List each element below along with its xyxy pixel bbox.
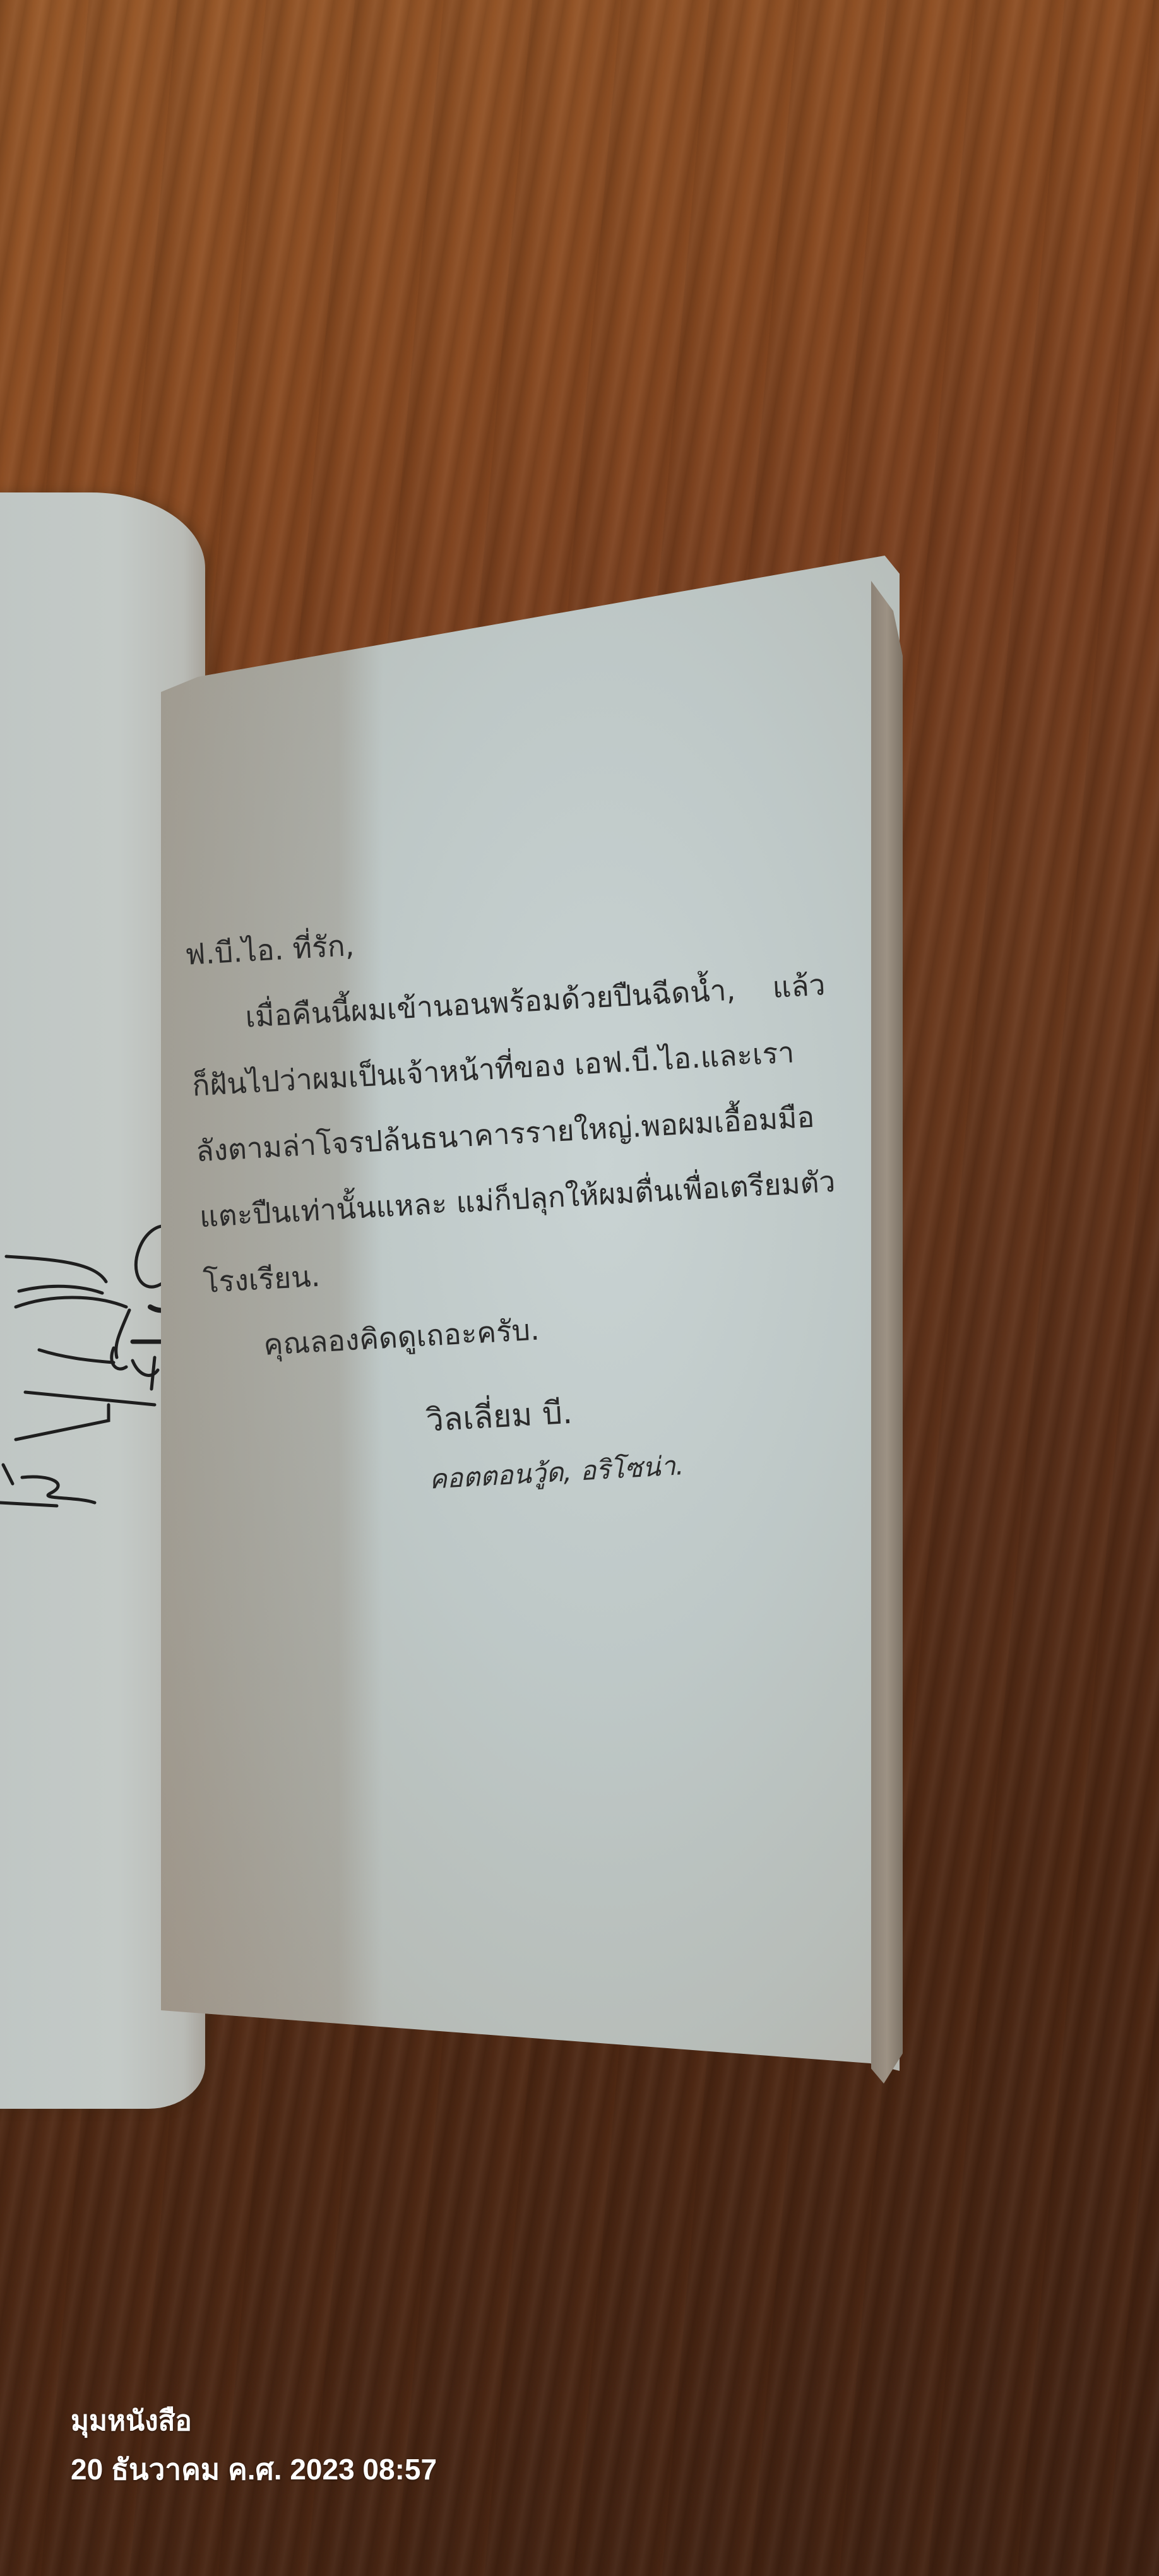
letter-line-text: และเรา [699,1019,796,1090]
letter-line-text: แล้ว [771,951,827,1020]
page-stack-edge [871,581,903,2084]
photo-timestamp: 20 ธันวาคม ค.ศ. 2023 08:57 [71,2444,437,2495]
letter-line-text: พอผมเอื้อมมือ [639,1084,816,1159]
photo-overlay: มุมหนังสือ 20 ธันวาคม ค.ศ. 2023 08:57 [71,2402,437,2495]
album-label: มุมหนังสือ [71,2402,437,2440]
photo-scene: ฟ.บี.ไอ. ที่รัก, เมื่อคืนนี้ผมเข้านอนพร้… [0,0,1159,2576]
letter-text: ฟ.บี.ไอ. ที่รัก, เมื่อคืนนี้ผมเข้านอนพร้… [183,888,822,1524]
